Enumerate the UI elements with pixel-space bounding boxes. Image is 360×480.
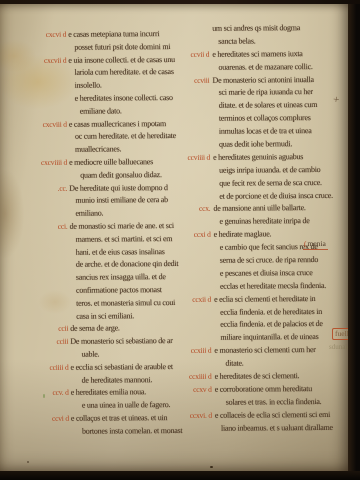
manuscript-line: bortones insta comelan. et monast: [71, 425, 185, 439]
line-text: ditate. et de solares et uineas cum: [219, 100, 318, 110]
line-text: de hereditates mannoni.: [82, 375, 153, 384]
line-text: e pescanes et diuisa insca cruce: [220, 268, 313, 278]
manuscript-line: um sci andres qs misit dogma: [212, 22, 348, 36]
line-text: inmultas locas et de tra et uinea: [219, 126, 312, 136]
manuscript-line: ccxiiii de hereditates de sci clementi.: [215, 370, 351, 384]
line-text: oc cum hereditate. et de hereditate: [75, 131, 176, 141]
line-text: sancius rex insagga uilla. et de: [76, 272, 166, 282]
chapter-numeral: ccv. d: [37, 387, 69, 400]
line-text: ouarenas. et de mazanare collic.: [218, 62, 312, 72]
manuscript-line: liano inbeamus. et s ualuant dirallame: [215, 421, 351, 435]
line-text: e ecclia sci sebastiani de arauble et: [70, 362, 172, 372]
line-text: e hedirate maglaue.: [214, 230, 272, 239]
line-text: posset futuri psit dote domini mi: [74, 42, 170, 52]
manuscript-line: serna de sci cruce. de ripa renndo: [214, 254, 350, 268]
manuscript-line: ccv. de hereditates emilia noua.: [71, 386, 185, 400]
manuscript-line: inmultas locas et de tra et uinea: [213, 125, 349, 139]
manuscript-line: emiliano.: [69, 207, 183, 221]
red-bracket-icon: (: [304, 239, 307, 248]
line-text: et de porcione et de diuisa insca cruce.: [219, 190, 333, 200]
line-text: De monasterio sci sebastiano de ar: [70, 336, 172, 346]
manuscript-line: e hereditates insone collecti. caso: [69, 92, 183, 106]
line-text: solares et tras. in ecclia findenia.: [226, 397, 322, 407]
line-text: De monasterio sci antonini inualla: [212, 75, 313, 85]
manuscript-line: insolello.: [69, 79, 183, 93]
line-text: insolello.: [75, 81, 102, 90]
manuscript-line: solares et tras. in ecclia findenia.: [215, 396, 351, 410]
manuscript-line: quam dedit gonsaluo didaz.: [69, 169, 183, 183]
manuscript-line: que fecit rex de serna de sca cruce.: [213, 176, 349, 190]
manuscript-line: cxcviii de casas muallecricanes i mpotam: [69, 118, 183, 132]
manuscript-page: cxcvi de casas metepiana tuma incurripos…: [0, 4, 350, 471]
chapter-numeral: cciiii d: [36, 361, 68, 374]
line-text: sci marie de ripa iuuanda cu her: [219, 87, 313, 97]
manuscript-line: cci.de monastio sci marie de ane. et sci: [70, 220, 184, 234]
ink-speck: [27, 461, 29, 463]
chapter-numeral: ccxiii d: [185, 345, 211, 358]
manuscript-line: cxcviiii de mediocre uille balluecanes: [69, 156, 183, 170]
manuscript-line: ccviiii de hereditates genuinis aguabus: [213, 151, 349, 165]
manuscript-line: cxcvii de uia insone collecti. et de cas…: [68, 54, 182, 68]
manuscript-line: ouarenas. et de mazanare collic.: [212, 60, 348, 74]
manuscript-line: munio insti emiliane de cera ab: [69, 194, 183, 208]
line-text: ecclia findenia. et de palacios et de: [220, 319, 323, 329]
chapter-numeral: .cc.: [35, 182, 67, 195]
line-text: confirmatione pactos monast: [76, 285, 162, 295]
manuscript-line: et de porcione et de diuisa insca cruce.: [213, 189, 349, 203]
line-text: e collaceis de eclia sci clementi sci em…: [215, 410, 330, 420]
line-text: ueigs inripa iuuanda. et de cambio: [219, 165, 320, 175]
green-fleck: [43, 394, 45, 398]
manuscript-line: oc cum hereditate. et de hereditate: [69, 130, 183, 144]
line-text: teros. et monasteria simul cu coui: [76, 298, 175, 308]
manuscript-line: sancta belas.: [212, 35, 348, 49]
chapter-numeral: cxcviii d: [35, 118, 67, 131]
line-text: e una uinea in ualle de fagero.: [82, 400, 170, 410]
manuscript-line: mamens. et sci martini. et sci em: [70, 233, 184, 247]
manuscript-line: cciiiDe monasterio sci sebastiano de ar: [70, 335, 184, 349]
line-text: uable.: [81, 349, 99, 358]
line-text: e eclia sci clementi et hereditate in: [214, 294, 315, 304]
line-text: e hereditates insone collecti. caso: [75, 93, 173, 103]
manuscript-line: ccvii de hereditates sci mamens iuxta: [212, 48, 348, 62]
manuscript-line: cxcvi de casas metepiana tuma incurri: [68, 28, 182, 42]
chapter-numeral: cxcviiii d: [35, 157, 67, 170]
line-text: de arche. et de donacione qin dedit: [76, 259, 179, 269]
line-text: e genuinas hereditate inripa de: [219, 216, 309, 226]
manuscript-line: lariola cum hereditate. et de casas: [68, 66, 182, 80]
chapter-numeral: ccxii d: [185, 293, 211, 306]
line-text: e hereditates sci mamens iuxta: [212, 49, 302, 59]
manuscript-line: ccxi de hedirate maglaue.: [214, 228, 350, 242]
line-text: quam dedit gonsaluo didaz.: [80, 170, 162, 180]
chapter-numeral: ccvi d: [37, 413, 69, 426]
chapter-numeral: ccxvi. d: [186, 409, 212, 422]
line-text: lariola cum hereditate. et de casas: [74, 67, 173, 77]
chapter-numeral: ccvii d: [183, 49, 209, 62]
line-text: de mansione anni uille ballarte.: [213, 204, 305, 214]
manuscript-line: terminos et collaços complures: [213, 112, 349, 126]
manuscript-line: e pescanes et diuisa insca cruce: [214, 267, 350, 281]
manuscript-line: cciide serna de arge.: [70, 322, 184, 336]
manuscript-line: hani. et de eius casas insalinas: [70, 245, 184, 259]
manuscript-line: de hereditates mannoni.: [71, 373, 185, 387]
line-text: ditate.: [225, 359, 243, 368]
photo-background: cxcvi de casas metepiana tuma incurripos…: [0, 0, 360, 480]
line-text: e uia insone collecti. et de casas unu: [68, 55, 175, 65]
chapter-numeral: ccii: [36, 323, 68, 336]
chapter-numeral: cci.: [36, 221, 68, 234]
line-text: e monasterio sci clementi cum her: [214, 345, 315, 355]
line-text: munio insti emiliane de cera ab: [75, 195, 167, 205]
manuscript-line: ecclia findenia. et de palacios et de: [214, 318, 350, 332]
line-text: e casas muallecricanes i mpotam: [69, 119, 166, 129]
manuscript-line: teros. et monasteria simul cu coui: [70, 297, 184, 311]
manuscript-line: cciiii de ecclia sci sebastiani de araub…: [70, 361, 184, 375]
line-text: que fecit rex de serna de sca cruce.: [219, 178, 322, 188]
line-text: e casas metepiana tuma incurri: [68, 29, 159, 39]
photo-edge-top: [0, 0, 360, 4]
manuscript-line: ecclas et hereditate mecsla findenia.: [214, 280, 350, 294]
text-column-right: um sci andres qs misit dogmasancta belas…: [212, 22, 351, 435]
manuscript-line: ccxv de corroboratione omm hereditatu: [215, 383, 351, 397]
chapter-numeral: cxcvi d: [34, 29, 66, 42]
line-text: e hereditates genuinis aguabus: [213, 152, 303, 162]
line-text: sancta belas.: [218, 36, 255, 45]
line-text: de monastio sci marie de ane. et sci: [70, 221, 174, 231]
line-text: ecclia findenia. et de hereditates in: [220, 307, 322, 317]
chapter-numeral: ccxi d: [185, 229, 211, 242]
chapter-numeral: cciii: [36, 336, 68, 349]
manuscript-line: uable.: [70, 348, 184, 362]
line-text: e mediocre uille balluecanes: [69, 157, 153, 167]
text-column-left: cxcvi de casas metepiana tuma incurripos…: [68, 28, 185, 438]
chapter-numeral: ccxv d: [186, 384, 212, 397]
manuscript-line: de arche. et de donacione qin dedit: [70, 258, 184, 272]
line-text: e hereditates emilia noua.: [71, 388, 146, 398]
manuscript-line: confirmatione pactos monast: [70, 284, 184, 298]
margin-note-text: menia: [308, 239, 326, 248]
line-text: emiliane dato.: [80, 106, 122, 115]
line-text: emiliano.: [75, 209, 103, 218]
manuscript-line: e una uinea in ualle de fagero.: [71, 399, 185, 413]
manuscript-line: sci marie de ripa iuuanda cu her: [213, 86, 349, 100]
line-text: terminos et collaços complures: [219, 113, 311, 123]
manuscript-line: casa in sci emiliani.: [70, 309, 184, 323]
line-text: hani. et de eius casas insalinas: [76, 247, 165, 257]
line-text: casa in sci emiliani.: [76, 311, 134, 320]
line-text: e corroboratione omm hereditatu: [215, 384, 312, 394]
manuscript-line: ccxii de eclia sci clementi et hereditat…: [214, 292, 350, 306]
chapter-numeral: ccviiii d: [184, 152, 210, 165]
photo-edge-bottom: [0, 471, 360, 480]
manuscript-line: ditate. et de solares et uineas cum: [213, 99, 349, 113]
line-text: miliare inquintanilla. et de uineas: [220, 332, 318, 342]
line-text: mamens. et sci martini. et sci em: [76, 234, 173, 244]
line-text: liano inbeamus. et s ualuant dirallame: [221, 423, 333, 433]
book-gutter-shadow: [348, 0, 360, 480]
line-text: De hereditate qui iuste dompno d: [69, 183, 167, 193]
manuscript-line: e cambio que fecit sancius rex de: [214, 241, 350, 255]
chapter-numeral: ccviii: [183, 74, 209, 87]
chapter-numeral: cxcvii d: [34, 54, 66, 67]
manuscript-line: quas dedit iohe bermudi.: [213, 138, 349, 152]
manuscript-line: ccviiiDe monasterio sci antonini inualla: [212, 73, 348, 87]
manuscript-line: sancius rex insagga uilla. et de: [70, 271, 184, 285]
line-text: e hereditates de sci clementi.: [215, 371, 300, 381]
manuscript-line: ccxvi. de collaceis de eclia sci clement…: [215, 409, 351, 423]
chapter-numeral: ccxiiii d: [186, 371, 212, 384]
line-text: e collaços et tras et uineas. et uin: [71, 413, 167, 423]
manuscript-line: e genuinas hereditate inripa de: [213, 215, 349, 229]
line-text: um sci andres qs misit dogma: [212, 23, 300, 33]
ink-speck: [210, 466, 213, 468]
manuscript-line: ccvi de collaços et tras et uineas. et u…: [71, 412, 185, 426]
manuscript-line: ueigs inripa iuuanda. et de cambio: [213, 164, 349, 178]
manuscript-line: posset futuri psit dote domini mi: [68, 41, 182, 55]
manuscript-line: muallecricanes.: [69, 143, 183, 157]
manuscript-line: ecclia findenia. et de hereditates in: [214, 305, 350, 319]
line-text: quas dedit iohe bermudi.: [219, 139, 292, 149]
manuscript-line: ditate.: [214, 357, 350, 371]
margin-note-menia: (menia: [303, 239, 328, 250]
line-text: muallecricanes.: [75, 145, 121, 154]
line-text: de serna de arge.: [70, 324, 119, 333]
text-block: cxcvi de casas metepiana tuma incurripos…: [0, 3, 353, 472]
line-text: ecclas et hereditate mecsla findenia.: [220, 281, 326, 291]
manuscript-line: .cc.De hereditate qui iuste dompno d: [69, 182, 183, 196]
chapter-numeral: ccx.: [184, 203, 210, 216]
line-text: bortones insta comelan. et monast: [82, 426, 182, 436]
line-text: serna de sci cruce. de ripa renndo: [220, 255, 318, 265]
manuscript-line: emiliane dato.: [69, 105, 183, 119]
manuscript-line: ccx.de mansione anni uille ballarte.: [213, 202, 349, 216]
